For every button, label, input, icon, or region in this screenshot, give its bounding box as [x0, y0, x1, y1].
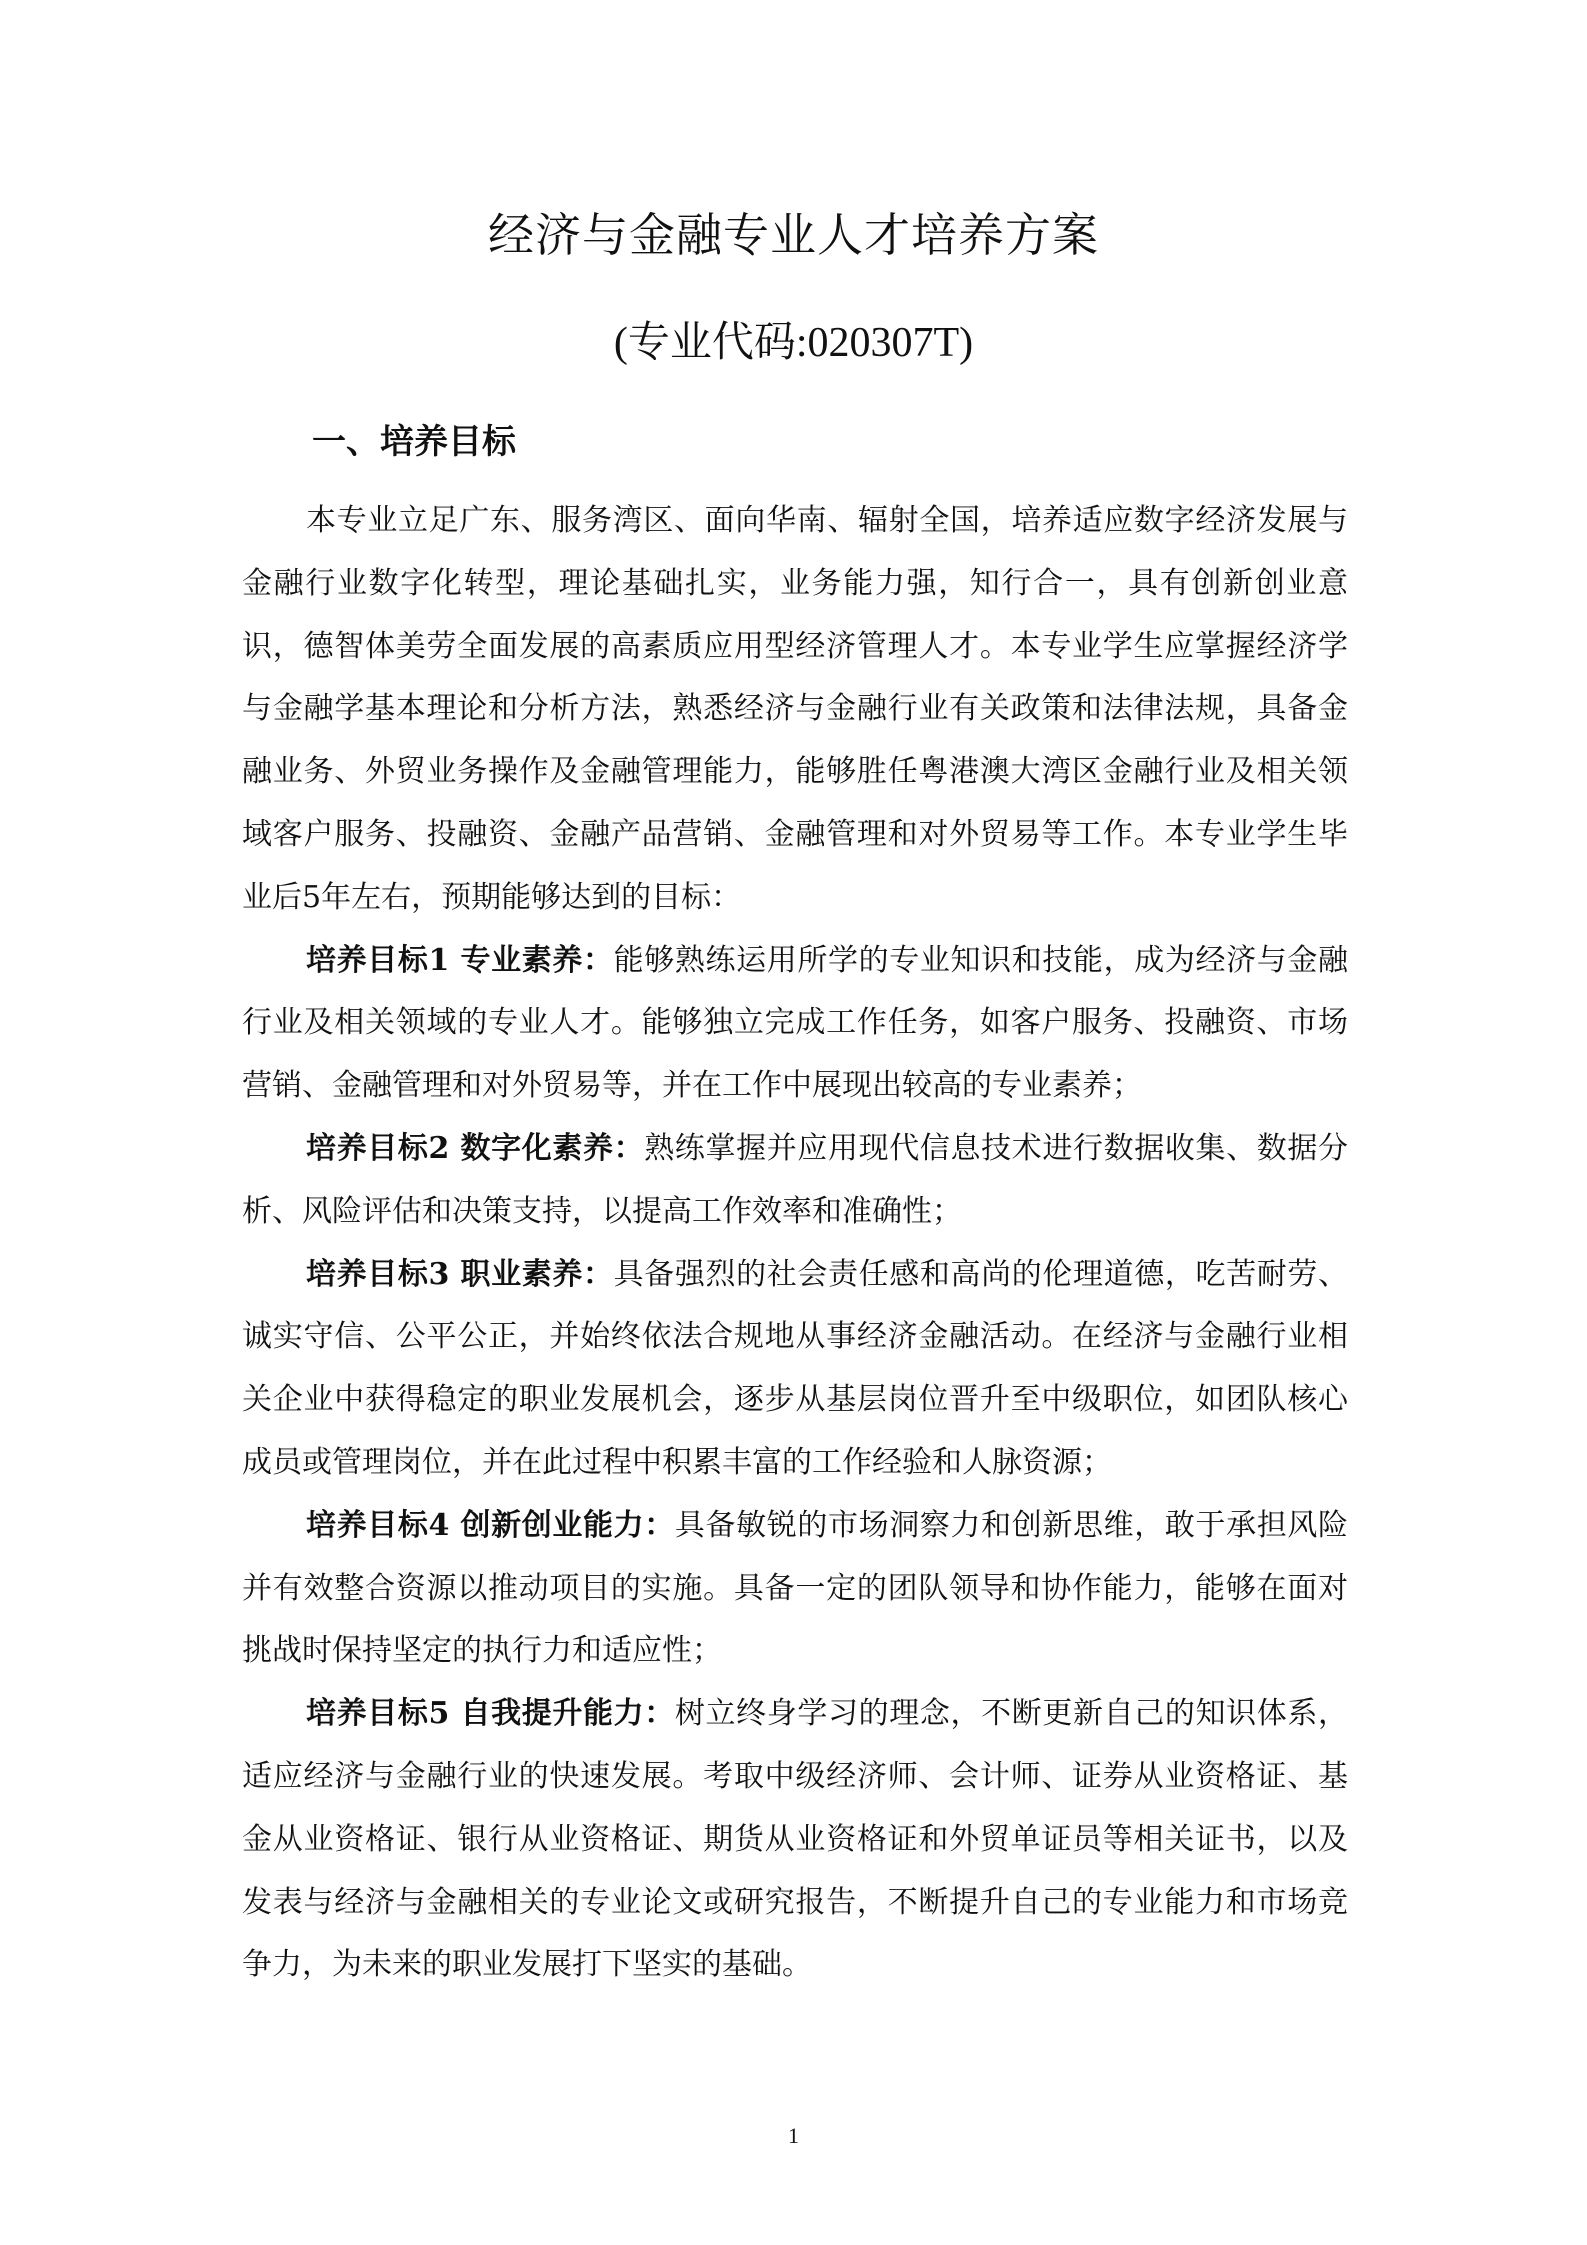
section-body: 本专业立足广东、服务湾区、面向华南、辐射全国，培养适应数字经济发展与金融行业数字… — [242, 490, 1348, 1997]
goal-paragraph-5: 培养目标5 自我提升能力：树立终身学习的理念，不断更新自己的知识体系，适应经济与… — [242, 1683, 1348, 1997]
major-code: (专业代码:020307T) — [0, 315, 1587, 371]
page-number: 1 — [0, 2122, 1587, 2150]
goal-paragraph-3: 培养目标3 职业素养：具备强烈的社会责任感和高尚的伦理道德，吃苦耐劳、诚实守信、… — [242, 1244, 1348, 1495]
goal-text: 树立终身学习的理念，不断更新自己的知识体系，适应经济与金融行业的快速发展。考取中… — [242, 1696, 1348, 1982]
goal-label: 培养目标5 自我提升能力： — [306, 1696, 675, 1731]
goal-paragraph-1: 培养目标1 专业素养：能够熟练运用所学的专业知识和技能，成为经济与金融行业及相关… — [242, 930, 1348, 1118]
goal-label: 培养目标2 数字化素养： — [306, 1131, 644, 1166]
document-title: 经济与金融专业人才培养方案 — [0, 205, 1587, 265]
goal-label: 培养目标3 职业素养： — [306, 1257, 614, 1292]
section-heading: 一、培养目标 — [312, 418, 516, 466]
document-page: 经济与金融专业人才培养方案 (专业代码:020307T) 一、培养目标 本专业立… — [0, 0, 1587, 2245]
goal-paragraph-4: 培养目标4 创新创业能力：具备敏锐的市场洞察力和创新思维，敢于承担风险并有效整合… — [242, 1495, 1348, 1683]
goal-paragraph-2: 培养目标2 数字化素养：熟练掌握并应用现代信息技术进行数据收集、数据分析、风险评… — [242, 1118, 1348, 1244]
intro-paragraph: 本专业立足广东、服务湾区、面向华南、辐射全国，培养适应数字经济发展与金融行业数字… — [242, 490, 1348, 930]
goal-label: 培养目标1 专业素养： — [306, 943, 614, 978]
goal-label: 培养目标4 创新创业能力： — [306, 1508, 675, 1543]
